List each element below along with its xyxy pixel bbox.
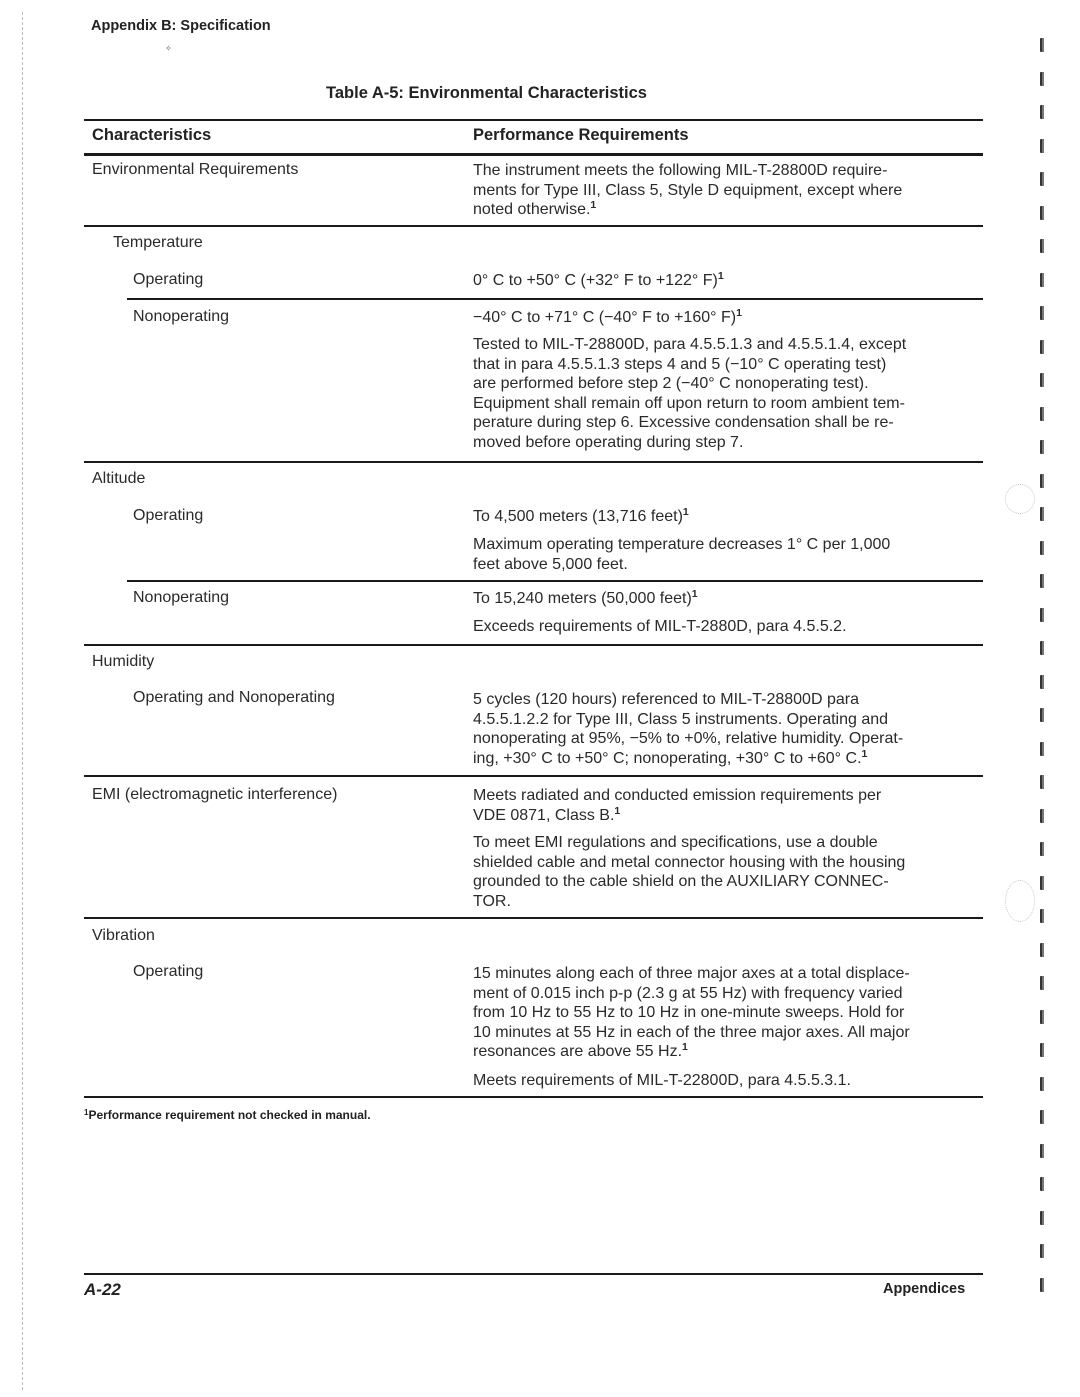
row-label-humidity: Humidity (92, 653, 154, 671)
binding-mark (1040, 842, 1045, 856)
row-label-vibration-operating: Operating (133, 963, 203, 981)
footer-rule (84, 1273, 983, 1275)
binding-mark (1040, 172, 1045, 186)
requirement-text: To 4,500 meters (13,716 feet)1 (473, 507, 973, 527)
binding-mark (1040, 206, 1045, 220)
binding-mark (1040, 976, 1045, 990)
binding-mark (1040, 340, 1045, 354)
binding-mark (1040, 1110, 1045, 1124)
sub-row-rule (127, 580, 983, 582)
requirement-text: Tested to MIL-T-28800D, para 4.5.5.1.3 a… (473, 335, 973, 453)
row-rule (84, 644, 983, 646)
binding-mark (1040, 139, 1045, 153)
row-label-humidity-operating-nonoperating: Operating and Nonoperating (133, 689, 335, 707)
binding-mark (1040, 507, 1045, 521)
requirement-text: −40° C to +71° C (−40° F to +160° F)1 (473, 308, 973, 328)
row-label-environmental-requirements: Environmental Requirements (92, 161, 298, 179)
requirement-text: Meets requirements of MIL-T-22800D, para… (473, 1071, 973, 1091)
binding-mark (1040, 943, 1045, 957)
binding-mark (1040, 742, 1045, 756)
binding-mark (1040, 1177, 1045, 1191)
table-top-rule (84, 119, 983, 121)
requirement-text: To meet EMI regulations and specificatio… (473, 833, 973, 911)
binding-mark (1040, 675, 1045, 689)
requirement-text: Meets radiated and conducted emission re… (473, 786, 973, 825)
row-rule (84, 775, 983, 777)
requirement-text: 15 minutes along each of three major axe… (473, 964, 973, 1062)
requirement-text: Maximum operating temperature decreases … (473, 535, 973, 574)
row-label-temperature: Temperature (113, 234, 203, 252)
row-rule (84, 225, 983, 227)
binding-mark (1040, 239, 1045, 253)
binding-mark (1040, 440, 1045, 454)
binding-mark (1040, 608, 1045, 622)
requirement-text: Exceeds requirements of MIL-T-2880D, par… (473, 617, 973, 637)
requirement-text: 5 cycles (120 hours) referenced to MIL-T… (473, 690, 973, 768)
binding-mark (1040, 574, 1045, 588)
row-label-altitude: Altitude (92, 470, 145, 488)
binding-mark (1040, 1077, 1045, 1091)
binding-mark (1040, 1144, 1045, 1158)
binding-mark (1040, 474, 1045, 488)
scan-speck: ✧ (165, 44, 172, 53)
punch-hole-ghost (1005, 484, 1035, 514)
table-title: Table A-5: Environmental Characteristics (326, 84, 647, 103)
row-label-temperature-nonoperating: Nonoperating (133, 308, 229, 326)
requirement-text: The instrument meets the following MIL-T… (473, 161, 973, 220)
table-bottom-rule (84, 1096, 983, 1098)
binding-mark (1040, 1211, 1045, 1225)
requirement-text: 0° C to +50° C (+32° F to +122° F)1 (473, 271, 973, 291)
header-rule (84, 153, 983, 156)
page-number: A-22 (84, 1280, 121, 1300)
binding-mark (1040, 1043, 1045, 1057)
binding-mark (1040, 1278, 1045, 1292)
binding-mark (1040, 1244, 1045, 1258)
binding-mark (1040, 38, 1045, 52)
column-header-performance: Performance Requirements (473, 126, 689, 145)
row-label-temperature-operating: Operating (133, 271, 203, 289)
table-footnote: 1Performance requirement not checked in … (84, 1108, 371, 1122)
column-header-characteristics: Characteristics (92, 126, 211, 145)
binding-mark (1040, 909, 1045, 923)
footer-section-name: Appendices (883, 1281, 965, 1297)
binding-mark (1040, 641, 1045, 655)
scan-edge (22, 12, 23, 1392)
binding-mark (1040, 708, 1045, 722)
row-label-altitude-operating: Operating (133, 507, 203, 525)
row-label-emi: EMI (electromagnetic interference) (92, 786, 337, 804)
binding-mark (1040, 876, 1045, 890)
binding-mark (1040, 105, 1045, 119)
running-head: Appendix B: Specification (91, 18, 271, 34)
row-label-vibration: Vibration (92, 927, 155, 945)
binding-mark (1040, 273, 1045, 287)
sub-row-rule (127, 298, 983, 300)
punch-hole-ghost (1005, 880, 1035, 922)
binding-mark (1040, 72, 1045, 86)
binding-mark (1040, 306, 1045, 320)
row-rule (84, 461, 983, 463)
binding-mark (1040, 373, 1045, 387)
requirement-text: To 15,240 meters (50,000 feet)1 (473, 589, 973, 609)
row-label-altitude-nonoperating: Nonoperating (133, 589, 229, 607)
binding-mark (1040, 541, 1045, 555)
binding-mark (1040, 1010, 1045, 1024)
binding-mark (1040, 775, 1045, 789)
binding-mark (1040, 407, 1045, 421)
row-rule (84, 917, 983, 919)
binding-mark (1040, 809, 1045, 823)
